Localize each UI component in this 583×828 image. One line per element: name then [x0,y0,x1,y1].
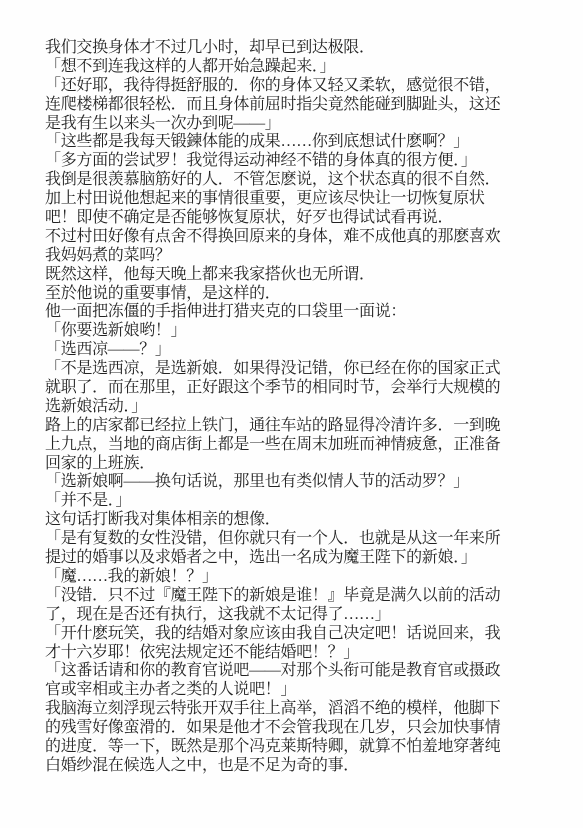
text-line: 我脑海立刻浮现云特张开双手往上高举，滔滔不绝的模样，他脚下 [45,700,545,719]
text-line: 路上的店家都已经拉上铁门，通往车站的路显得冷清许多．一到晚 [45,417,545,436]
text-line: 我妈妈煮的菜吗？ [45,247,545,266]
text-line: 吧！即使不确定是否能够恢复原状，好歹也得试试看再说． [45,209,545,228]
text-line: 的进度．等一下，既然是那个冯克莱斯特卿，就算不怕羞地穿著纯 [45,738,545,757]
text-line: 了，现在是否还有执行，这我就不太记得了……」 [45,606,545,625]
text-line: 连爬楼梯都很轻松．而且身体前屈时指尖竟然能碰到脚趾头，这还 [45,96,545,115]
text-line: 「并不是．」 [45,492,545,511]
text-line: 加上村田说他想起来的事情很重要，更应该尽快让一切恢复原状 [45,190,545,209]
text-line: 就职了．而在那里，正好跟这个季节的相同时节，会举行大规模的 [45,379,545,398]
text-line: 「想不到连我这样的人都开始急躁起来．」 [45,58,545,77]
text-line: 「选新娘啊——换句话说，那里也有类似情人节的活动罗？」 [45,473,545,492]
text-line: 「你要选新娘哟！」 [45,322,545,341]
text-line: 「选西凉——？」 [45,341,545,360]
text-line: 上九点，当地的商店街上都是一些在周末加班而神情疲惫，正准备 [45,436,545,455]
novel-text-block: 我们交换身体才不过几小时，却早已到达极限．「想不到连我这样的人都开始急躁起来．」… [45,39,545,776]
text-line: 我倒是很羡慕脑筋好的人．不管怎麽说，这个状态真的很不自然． [45,171,545,190]
text-line: 「不是选西凉，是选新娘．如果得没记错，你已经在你的国家正式 [45,360,545,379]
document-page: 我们交换身体才不过几小时，却早已到达极限．「想不到连我这样的人都开始急躁起来．」… [0,0,583,828]
text-line: 「没错．只不过『魔王陛下的新娘是谁！』毕竟是满久以前的活动 [45,587,545,606]
text-line: 至於他说的重要事情，是这样的． [45,285,545,304]
text-line: 的残雪好像蛮滑的．如果是他才不会管我现在几岁，只会加快事情 [45,719,545,738]
text-line: 这句话打断我对集体相亲的想像． [45,511,545,530]
text-line: 既然这样，他每天晚上都来我家搭伙也无所谓． [45,266,545,285]
text-line: 回家的上班族． [45,455,545,474]
text-line: 「是有复数的女性没错，但你就只有一个人．也就是从这一年来所 [45,530,545,549]
text-line: 才十六岁耶！依宪法规定还不能结婚吧！？」 [45,644,545,663]
text-line: 白婚纱混在候选人之中，也是不足为奇的事． [45,757,545,776]
text-line: 选新娘活动．」 [45,398,545,417]
text-line: 「还好耶，我待得挺舒服的．你的身体又轻又柔软，感觉很不错， [45,77,545,96]
text-line: 「开什麽玩笑，我的结婚对象应该由我自己决定吧！话说回来，我 [45,625,545,644]
text-line: 「魔……我的新娘！？」 [45,568,545,587]
text-line: 他一面把冻僵的手指伸进打猎夹克的口袋里一面说： [45,303,545,322]
text-line: 「这些都是我每天锻鍊体能的成果……你到底想试什麽啊？」 [45,133,545,152]
text-line: 官或宰相或主办者之类的人说吧！」 [45,681,545,700]
text-line: 是我有生以来头一次办到呢——」 [45,115,545,134]
text-line: 我们交换身体才不过几小时，却早已到达极限． [45,39,545,58]
text-line: 不过村田好像有点舍不得换回原来的身体，难不成他真的那麽喜欢 [45,228,545,247]
text-line: 「这番话请和你的教育官说吧——对那个头衔可能是教育官或摄政 [45,662,545,681]
text-line: 提过的婚事以及求婚者之中，选出一名成为魔王陛下的新娘．」 [45,549,545,568]
text-line: 「多方面的尝试罗！我觉得运动神经不错的身体真的很方便．」 [45,152,545,171]
